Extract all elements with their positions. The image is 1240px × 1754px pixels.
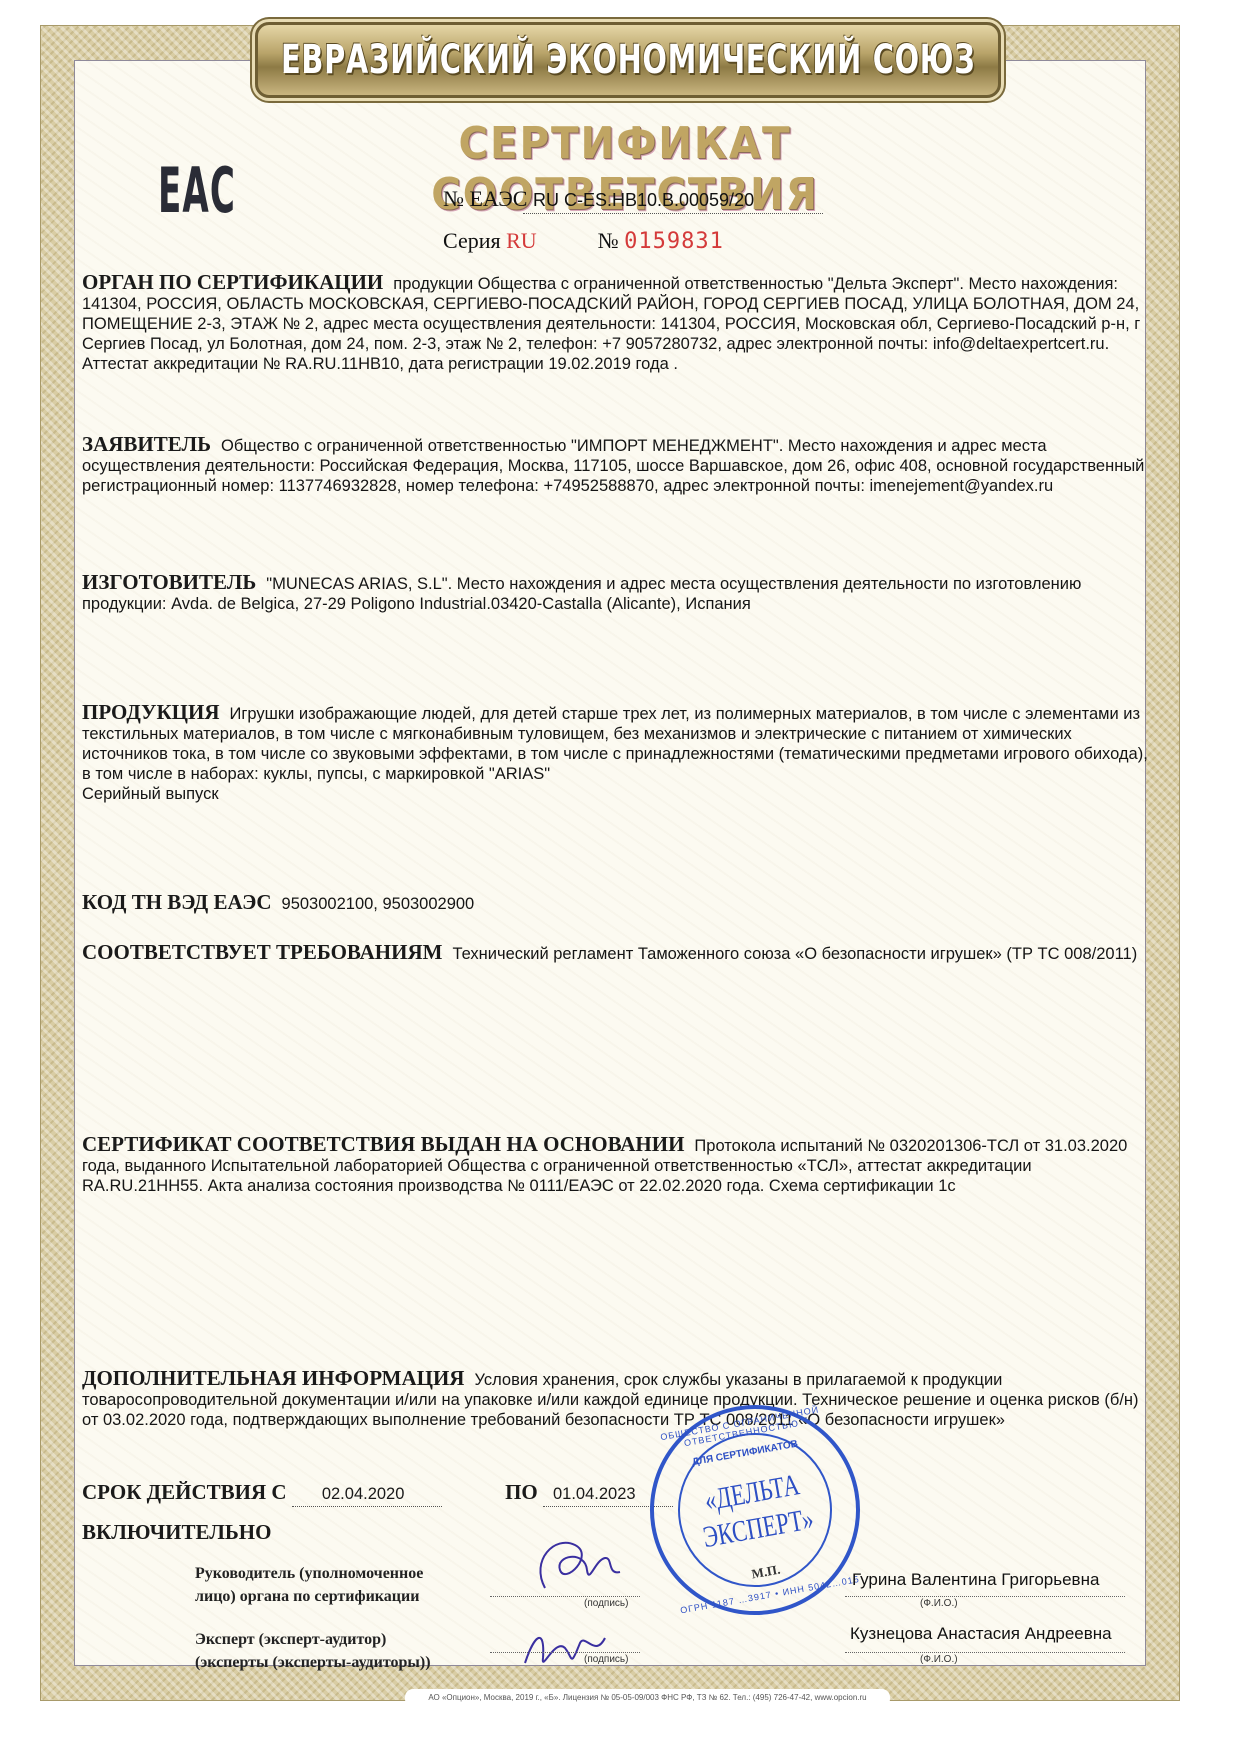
registration-prefix: № ЕАЭС	[443, 186, 527, 211]
product-extra-text: Серийный выпуск	[82, 784, 1152, 804]
section-certification-body: ОРГАН ПО СЕРТИФИКАЦИИпродукции Общества …	[82, 272, 1152, 374]
section-requirements: СООТВЕТСТВУЕТ ТРЕБОВАНИЯМТехнический рег…	[82, 942, 1152, 964]
applicant-text: Общество с ограниченной ответственностью…	[82, 437, 1144, 495]
expert-fio-name: Кузнецова Анастасия Андреевна	[850, 1624, 1112, 1644]
head-label-line-2: лицо) органа по сертификации	[195, 1585, 423, 1608]
section-product: ПРОДУКЦИЯИгрушки изображающие людей, для…	[82, 702, 1152, 804]
section-hs-code: КОД ТН ВЭД ЕАЭС9503002100, 9503002900	[82, 892, 1152, 914]
expert-signature-caption: (подпись)	[584, 1654, 628, 1665]
head-fio-line	[845, 1596, 1125, 1597]
registration-number: № ЕАЭС RU C-ES.НВ10.В.00059/20	[443, 186, 754, 212]
validity-from-label: СРОК ДЕЙСТВИЯ С	[82, 1480, 287, 1504]
requirements-text: Технический регламент Таможенного союза …	[452, 945, 1137, 963]
validity-period: СРОК ДЕЙСТВИЯ С 02.04.2020 ПО 01.04.2023…	[82, 1480, 673, 1507]
validity-from-date: 02.04.2020	[292, 1485, 442, 1507]
section-basis: СЕРТИФИКАТ СООТВЕТСТВИЯ ВЫДАН НА ОСНОВАН…	[82, 1134, 1152, 1196]
section-manufacturer: ИЗГОТОВИТЕЛЬ"MUNECAS ARIAS, S.L". Место …	[82, 572, 1152, 614]
expert-signature-line	[490, 1652, 640, 1653]
registration-value: RU C-ES.НВ10.В.00059/20	[533, 190, 754, 210]
blank-series: Серия RU № 0159831	[443, 228, 724, 254]
section-additional-info: ДОПОЛНИТЕЛЬНАЯ ИНФОРМАЦИЯУсловия хранени…	[82, 1368, 1152, 1430]
hs-code-heading: КОД ТН ВЭД ЕАЭС	[82, 890, 272, 914]
hs-code-text: 9503002100, 9503002900	[282, 895, 475, 913]
head-fio-caption: (Ф.И.О.)	[920, 1598, 958, 1609]
head-label-line-1: Руководитель (уполномоченное	[195, 1562, 423, 1585]
requirements-heading: СООТВЕТСТВУЕТ ТРЕБОВАНИЯМ	[82, 940, 442, 964]
additional-info-heading: ДОПОЛНИТЕЛЬНАЯ ИНФОРМАЦИЯ	[82, 1366, 464, 1390]
head-fio-name: Гурина Валентина Григорьевна	[852, 1570, 1099, 1590]
union-banner-text: ЕВРАЗИЙСКИЙ ЭКОНОМИЧЕСКИЙ СОЮЗ	[281, 37, 975, 83]
expert-fio-caption: (Ф.И.О.)	[920, 1654, 958, 1665]
expert-label-line-2: (эксперты (эксперты-аудиторы))	[195, 1651, 431, 1674]
registration-underline	[523, 213, 823, 214]
union-banner: ЕВРАЗИЙСКИЙ ЭКОНОМИЧЕСКИЙ СОЮЗ	[255, 22, 1001, 98]
series-value: RU	[506, 228, 537, 253]
series-label: Серия	[443, 228, 501, 253]
expert-signature-icon	[515, 1618, 625, 1678]
product-heading: ПРОДУКЦИЯ	[82, 700, 220, 724]
expert-fio-line	[845, 1652, 1125, 1653]
printer-note: АО «Опцион», Москва, 2019 г., «Б». Лицен…	[405, 1689, 890, 1707]
applicant-heading: ЗАЯВИТЕЛЬ	[82, 432, 211, 456]
validity-inclusive-label: ВКЛЮЧИТЕЛЬНО	[82, 1520, 271, 1545]
product-text: Игрушки изображающие людей, для детей ст…	[82, 705, 1148, 783]
blank-number-value: 0159831	[624, 229, 724, 254]
head-signature-icon	[525, 1530, 635, 1600]
expert-label-line-1: Эксперт (эксперт-аудитор)	[195, 1628, 431, 1651]
head-signature-line	[490, 1596, 640, 1597]
section-applicant: ЗАЯВИТЕЛЬОбщество с ограниченной ответст…	[82, 434, 1152, 496]
blank-number-label: №	[598, 228, 619, 253]
manufacturer-heading: ИЗГОТОВИТЕЛЬ	[82, 570, 256, 594]
expert-signatory-label: Эксперт (эксперт-аудитор) (эксперты (экс…	[195, 1628, 431, 1674]
basis-heading: СЕРТИФИКАТ СООТВЕТСТВИЯ ВЫДАН НА ОСНОВАН…	[82, 1132, 684, 1156]
head-signature-caption: (подпись)	[584, 1598, 628, 1609]
head-signatory-label: Руководитель (уполномоченное лицо) орган…	[195, 1562, 423, 1608]
certification-body-heading: ОРГАН ПО СЕРТИФИКАЦИИ	[82, 270, 383, 294]
eac-mark-icon: EAC	[178, 150, 217, 230]
validity-to-label: ПО	[505, 1480, 538, 1504]
